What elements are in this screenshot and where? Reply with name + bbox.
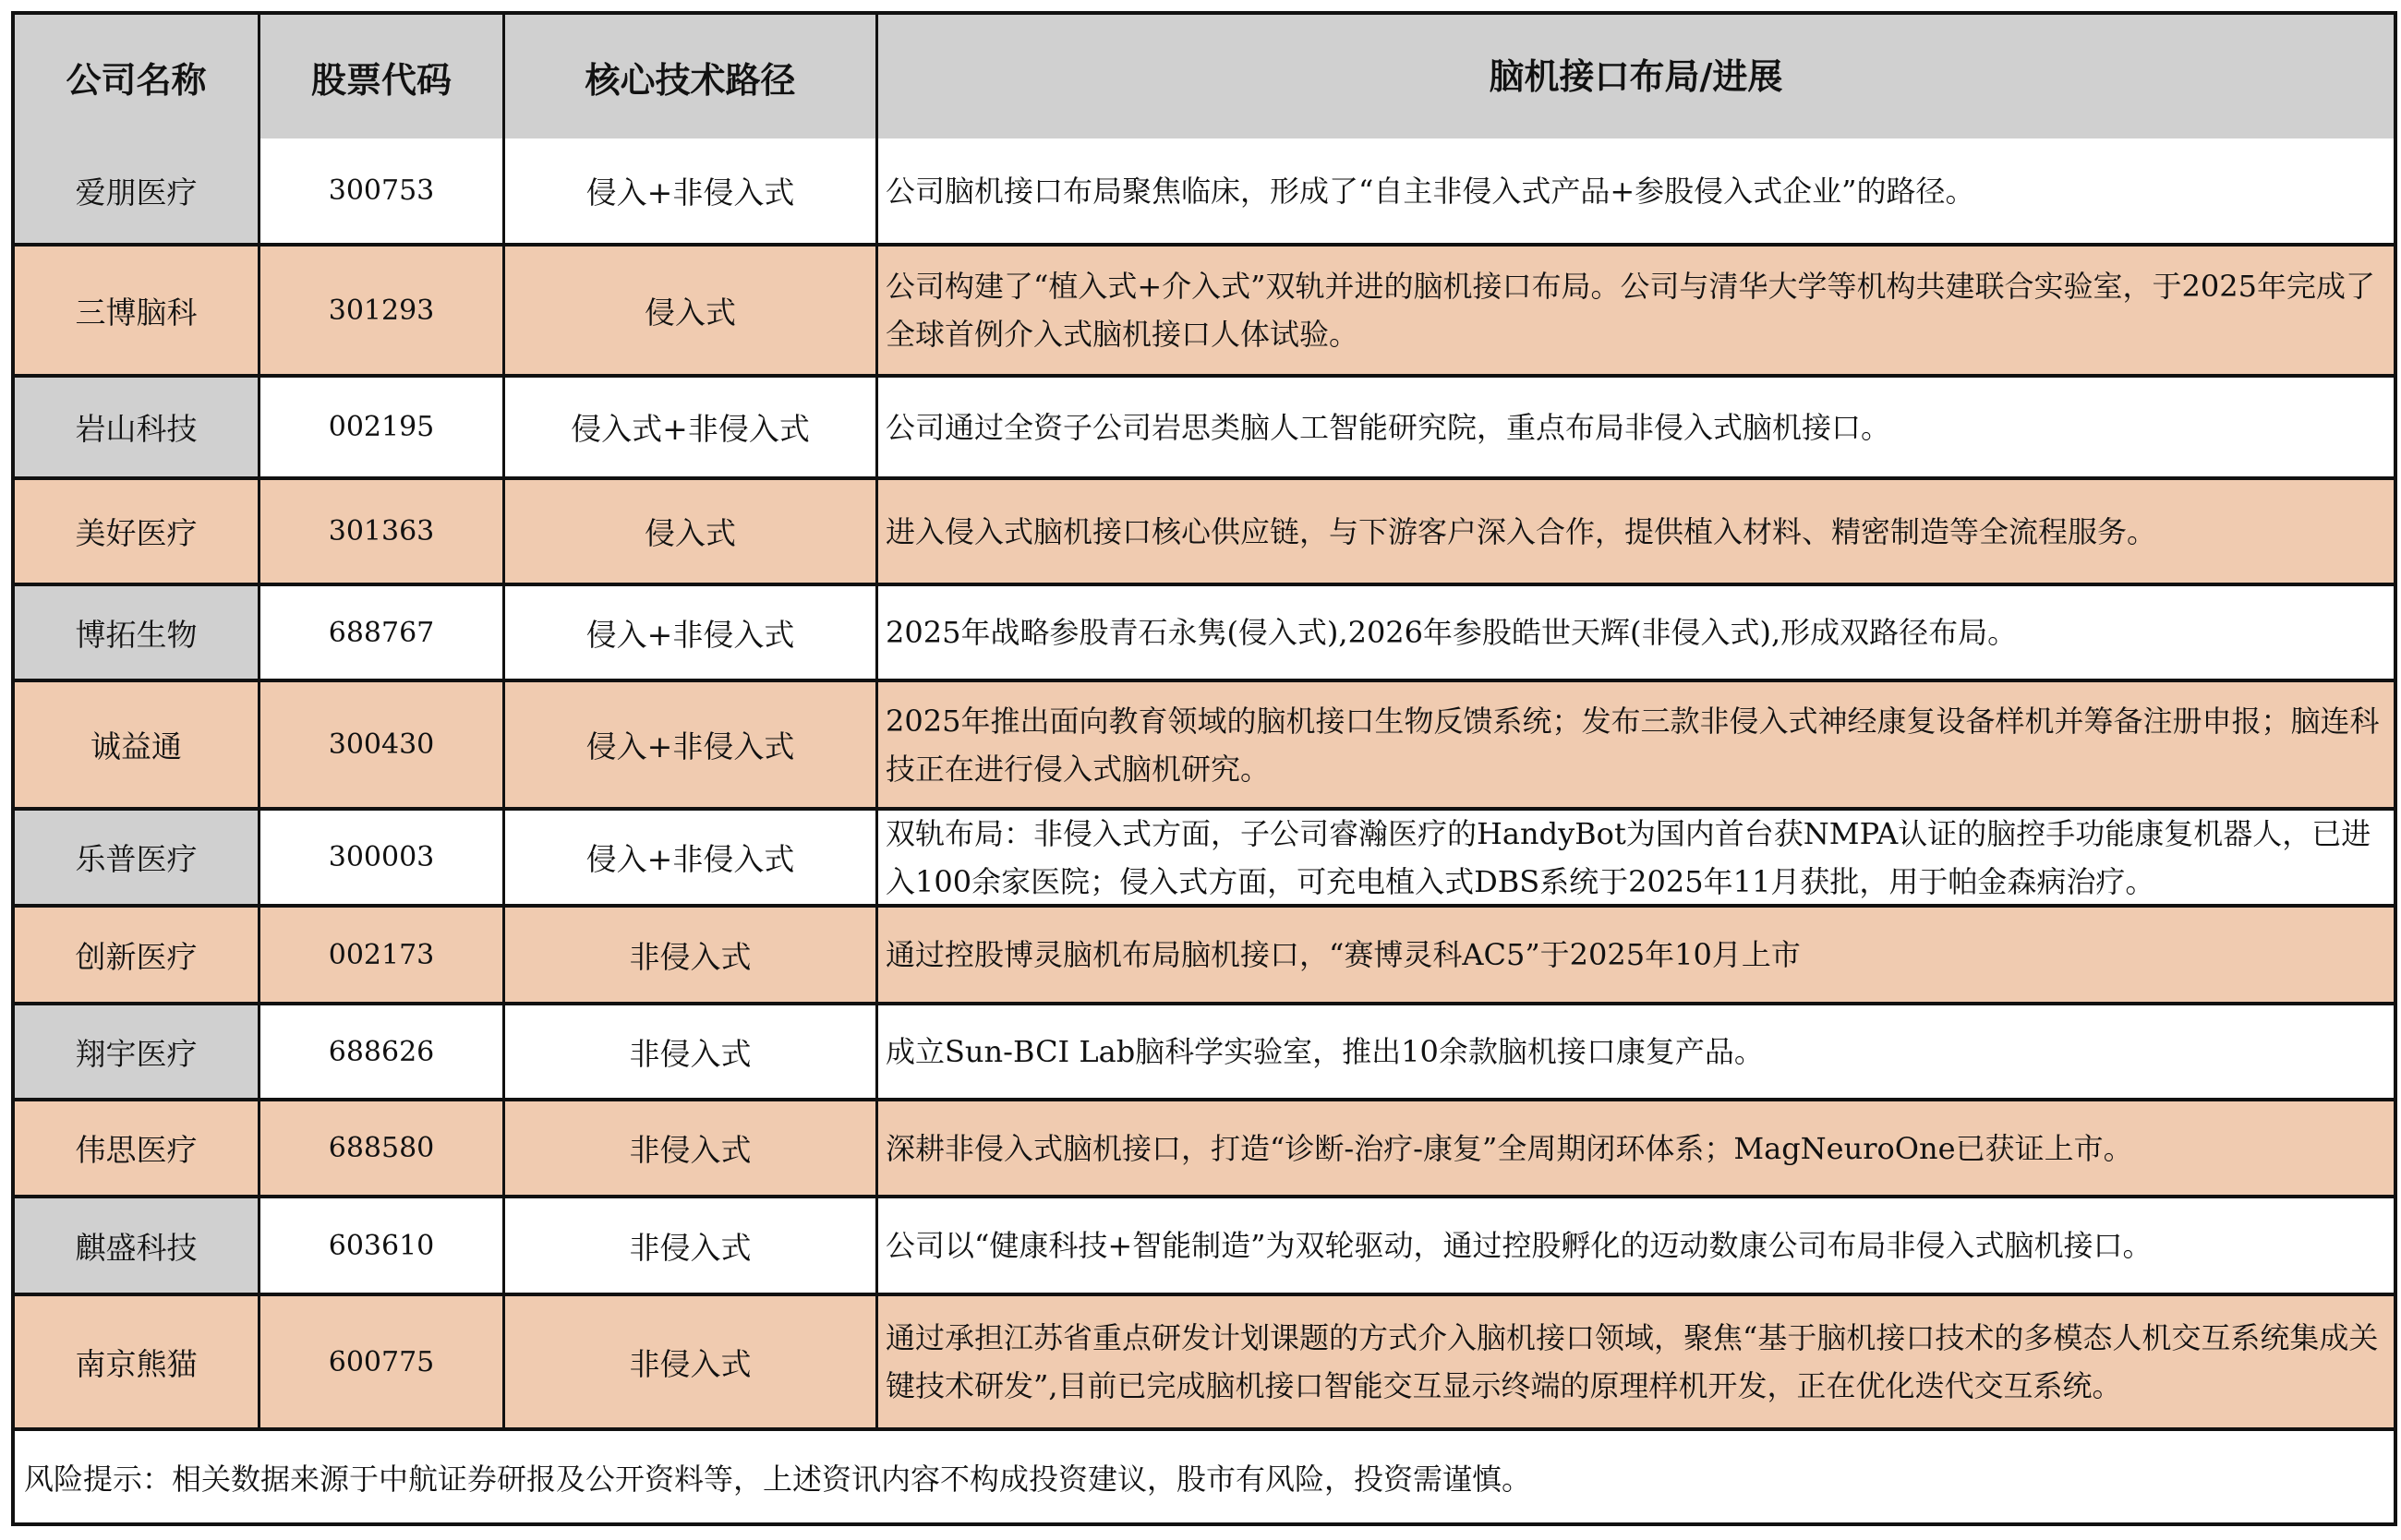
tech-path-cell: 侵入+非侵入式 (502, 811, 875, 904)
company-name-cell: 三博脑科 (15, 247, 258, 374)
progress-cell: 深耕非侵入式脑机接口，打造“诊断-治疗-康复”全周期闭环体系；MagNeuroO… (875, 1101, 2394, 1195)
tech-path-cell: 侵入式 (502, 247, 875, 374)
progress-cell: 通过承担江苏省重点研发计划课题的方式介入脑机接口领域，聚焦“基于脑机接口技术的多… (875, 1296, 2394, 1427)
risk-disclaimer: 风险提示：相关数据来源于中航证券研报及公开资料等，上述资讯内容不构成投资建议，股… (15, 1427, 2394, 1522)
table-row: 爱朋医疗300753侵入+非侵入式公司脑机接口布局聚焦临床，形成了“自主非侵入式… (15, 138, 2394, 243)
tech-path-cell: 非侵入式 (502, 1296, 875, 1427)
tech-path-cell: 非侵入式 (502, 908, 875, 1002)
company-name-cell: 麒盛科技 (15, 1198, 258, 1293)
stock-code-cell: 301363 (258, 480, 502, 583)
progress-cell: 2025年战略参股青石永隽(侵入式),2026年参股皓世天辉(非侵入式),形成双… (875, 586, 2394, 679)
tech-path-cell: 非侵入式 (502, 1005, 875, 1098)
header-core-tech-path: 核心技术路径 (502, 15, 875, 138)
bci-companies-table: 公司名称 股票代码 核心技术路径 脑机接口布局/进展 爱朋医疗300753侵入+… (11, 11, 2397, 1526)
company-name-cell: 岩山科技 (15, 378, 258, 476)
stock-code-cell: 300753 (258, 138, 502, 243)
table-header-row: 公司名称 股票代码 核心技术路径 脑机接口布局/进展 (15, 15, 2394, 138)
stock-code-cell: 300003 (258, 811, 502, 904)
header-bci-progress: 脑机接口布局/进展 (875, 15, 2394, 138)
stock-code-cell: 688767 (258, 586, 502, 679)
table-row: 创新医疗002173非侵入式通过控股博灵脑机布局脑机接口，“赛博灵科AC5”于2… (15, 904, 2394, 1002)
company-name-cell: 南京熊猫 (15, 1296, 258, 1427)
table-row: 伟思医疗688580非侵入式深耕非侵入式脑机接口，打造“诊断-治疗-康复”全周期… (15, 1098, 2394, 1195)
company-name-cell: 博拓生物 (15, 586, 258, 679)
table-row: 博拓生物688767侵入+非侵入式2025年战略参股青石永隽(侵入式),2026… (15, 583, 2394, 679)
table-row: 南京熊猫600775非侵入式通过承担江苏省重点研发计划课题的方式介入脑机接口领域… (15, 1293, 2394, 1427)
stock-code-cell: 688626 (258, 1005, 502, 1098)
company-name-cell: 创新医疗 (15, 908, 258, 1002)
progress-cell: 2025年推出面向教育领域的脑机接口生物反馈系统；发布三款非侵入式神经康复设备样… (875, 682, 2394, 807)
stock-code-cell: 603610 (258, 1198, 502, 1293)
table-row: 翔宇医疗688626非侵入式成立Sun-BCI Lab脑科学实验室，推出10余款… (15, 1002, 2394, 1098)
tech-path-cell: 侵入+非侵入式 (502, 682, 875, 807)
progress-cell: 公司通过全资子公司岩思类脑人工智能研究院，重点布局非侵入式脑机接口。 (875, 378, 2394, 476)
stock-code-cell: 301293 (258, 247, 502, 374)
company-name-cell: 翔宇医疗 (15, 1005, 258, 1098)
table-row: 三博脑科301293侵入式公司构建了“植入式+介入式”双轨并进的脑机接口布局。公… (15, 243, 2394, 374)
progress-cell: 成立Sun-BCI Lab脑科学实验室，推出10余款脑机接口康复产品。 (875, 1005, 2394, 1098)
progress-cell: 公司脑机接口布局聚焦临床，形成了“自主非侵入式产品+参股侵入式企业”的路径。 (875, 138, 2394, 243)
table-row: 乐普医疗300003侵入+非侵入式双轨布局：非侵入式方面，子公司睿瀚医疗的Han… (15, 807, 2394, 904)
company-name-cell: 伟思医疗 (15, 1101, 258, 1195)
table-row: 诚益通300430侵入+非侵入式2025年推出面向教育领域的脑机接口生物反馈系统… (15, 679, 2394, 807)
header-company-name: 公司名称 (15, 15, 258, 138)
stock-code-cell: 688580 (258, 1101, 502, 1195)
stock-code-cell: 002173 (258, 908, 502, 1002)
tech-path-cell: 非侵入式 (502, 1101, 875, 1195)
stock-code-cell: 300430 (258, 682, 502, 807)
tech-path-cell: 侵入+非侵入式 (502, 138, 875, 243)
table-row: 麒盛科技603610非侵入式公司以“健康科技+智能制造”为双轮驱动，通过控股孵化… (15, 1195, 2394, 1293)
progress-cell: 双轨布局：非侵入式方面，子公司睿瀚医疗的HandyBot为国内首台获NMPA认证… (875, 811, 2394, 904)
company-name-cell: 诚益通 (15, 682, 258, 807)
header-stock-code: 股票代码 (258, 15, 502, 138)
table-row: 美好医疗301363侵入式进入侵入式脑机接口核心供应链，与下游客户深入合作，提供… (15, 476, 2394, 583)
tech-path-cell: 非侵入式 (502, 1198, 875, 1293)
progress-cell: 进入侵入式脑机接口核心供应链，与下游客户深入合作，提供植入材料、精密制造等全流程… (875, 480, 2394, 583)
company-name-cell: 美好医疗 (15, 480, 258, 583)
progress-cell: 通过控股博灵脑机布局脑机接口，“赛博灵科AC5”于2025年10月上市 (875, 908, 2394, 1002)
tech-path-cell: 侵入式+非侵入式 (502, 378, 875, 476)
stock-code-cell: 002195 (258, 378, 502, 476)
table-row: 岩山科技002195侵入式+非侵入式公司通过全资子公司岩思类脑人工智能研究院，重… (15, 374, 2394, 476)
company-name-cell: 乐普医疗 (15, 811, 258, 904)
progress-cell: 公司以“健康科技+智能制造”为双轮驱动，通过控股孵化的迈动数康公司布局非侵入式脑… (875, 1198, 2394, 1293)
tech-path-cell: 侵入+非侵入式 (502, 586, 875, 679)
tech-path-cell: 侵入式 (502, 480, 875, 583)
stock-code-cell: 600775 (258, 1296, 502, 1427)
progress-cell: 公司构建了“植入式+介入式”双轨并进的脑机接口布局。公司与清华大学等机构共建联合… (875, 247, 2394, 374)
company-name-cell: 爱朋医疗 (15, 138, 258, 243)
